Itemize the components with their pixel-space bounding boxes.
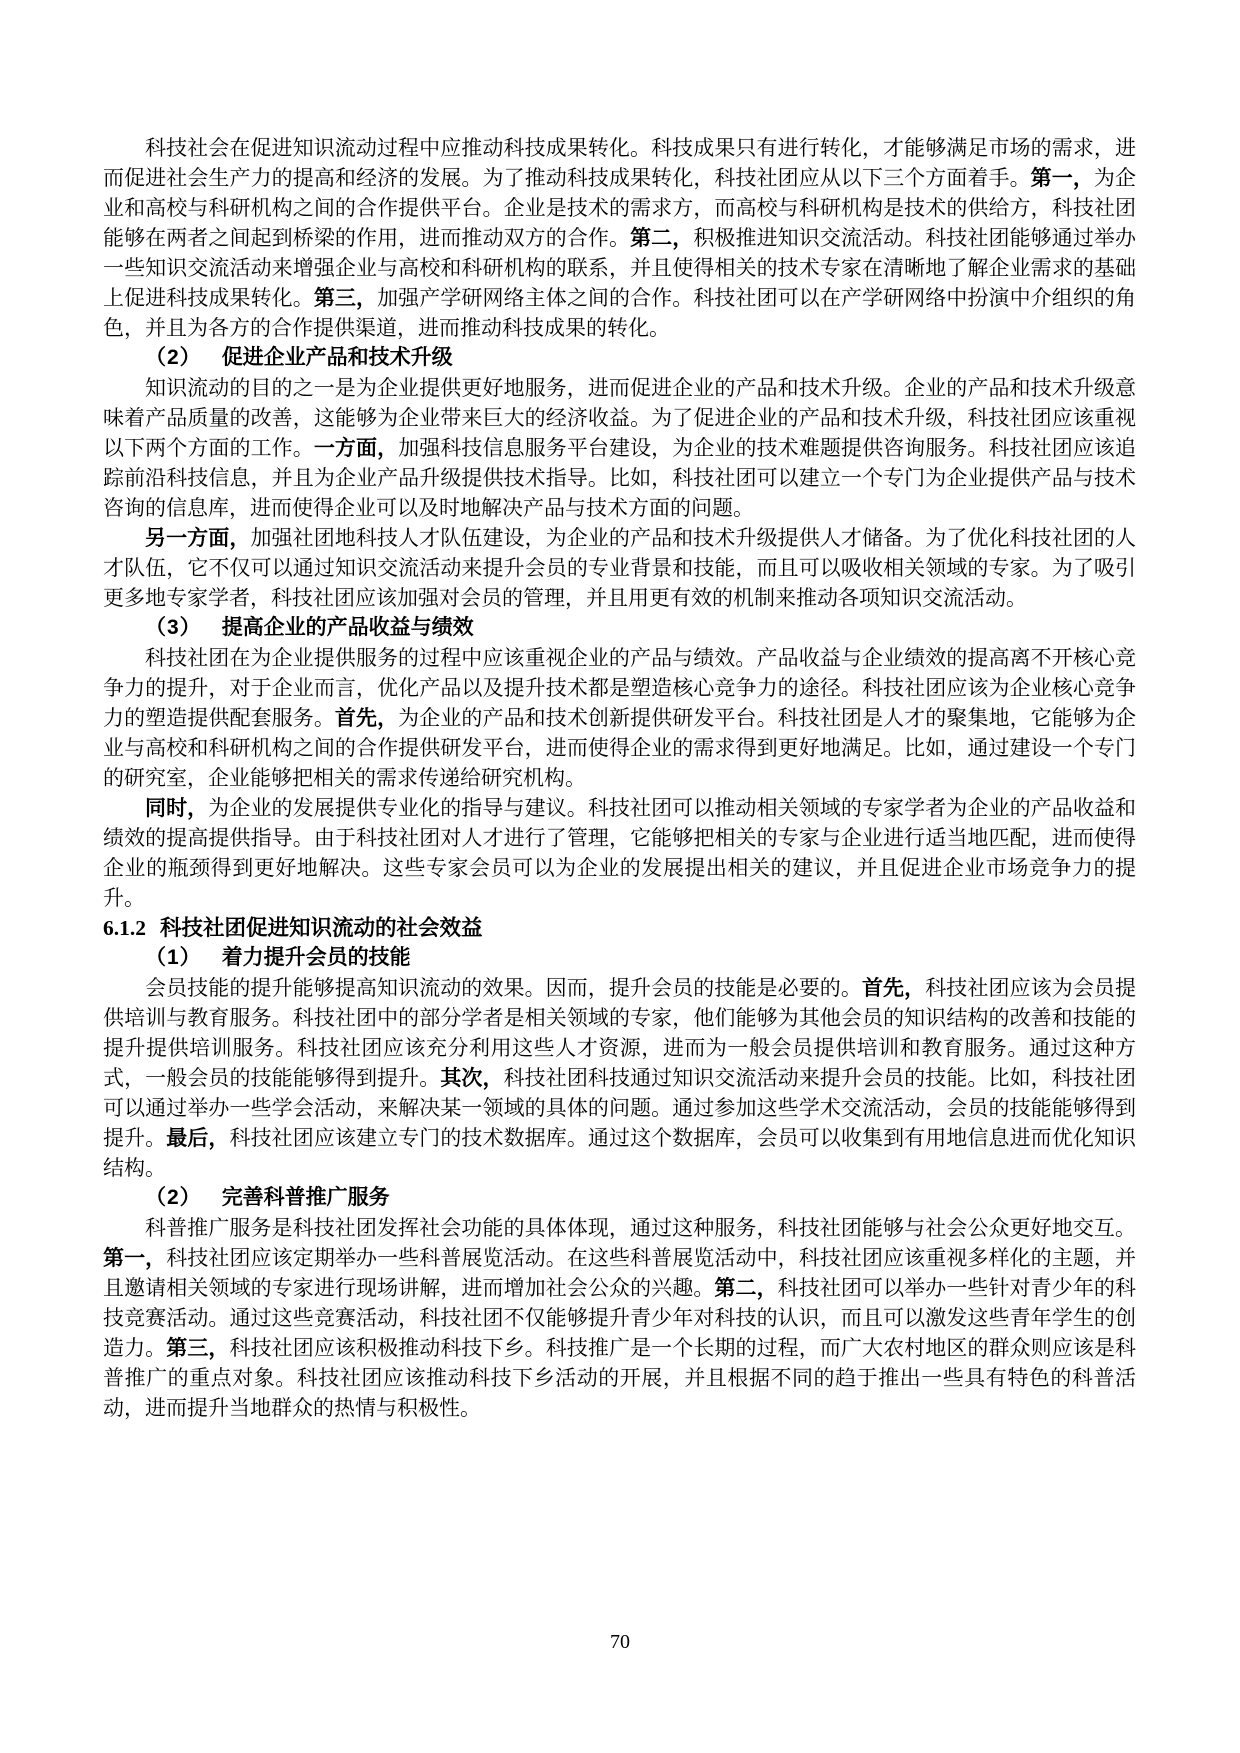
paragraph-competitiveness: 科技社团在为企业提供服务的过程中应该重视企业的产品与绩效。产品收益与企业绩效的提… [103,643,1136,793]
subsection-heading-science-popularization: （2）完善科普推广服务 [103,1183,1136,1213]
section-heading-6-1-2: 6.1.2科技社团促进知识流动的社会效益 [103,913,1136,943]
heading-number: （3） [145,616,202,639]
text-run: 会员技能的提升能够提高知识流动的效果。因而，提升会员的技能是必要的。 [145,976,862,1000]
text-run: 加强社团地科技人才队伍建设，为企业的产品和技术升级提供人才储备。为了优化科技社团… [103,526,1136,610]
heading-title: 着力提升会员的技能 [222,946,411,969]
emphasis-run: 第一， [103,1246,166,1270]
emphasis-run: 最后， [166,1126,229,1150]
paragraph-science-outreach: 科普推广服务是科技社团发挥社会功能的具体体现，通过这种服务，科技社团能够与社会公… [103,1213,1136,1423]
emphasis-run: 同时， [145,796,208,820]
subsection-heading-member-skill: （1）着力提升会员的技能 [103,943,1136,973]
paragraph-professional-guidance: 同时，为企业的发展提供专业化的指导与建议。科技社团可以推动相关领域的专家学者为企… [103,793,1136,913]
heading-number: （1） [145,946,202,969]
paragraph-knowledge-flow-service: 知识流动的目的之一是为企业提供更好地服务，进而促进企业的产品和技术升级。企业的产… [103,373,1136,523]
emphasis-run: 首先， [862,976,925,1000]
paragraph-member-training: 会员技能的提升能够提高知识流动的效果。因而，提升会员的技能是必要的。首先，科技社… [103,973,1136,1183]
emphasis-run: 第二， [630,226,693,250]
text-run: 科技社会在促进知识流动过程中应推动科技成果转化。科技成果只有进行转化，才能够满足… [103,136,1136,190]
heading-number: （2） [145,346,202,369]
text-run: 为企业的发展提供专业化的指导与建议。科技社团可以推动相关领域的专家学者为企业的产… [103,796,1136,910]
emphasis-run: 其次， [440,1066,503,1090]
section-number: 6.1.2 [103,916,146,940]
subsection-heading-product-upgrade: （2）促进企业产品和技术升级 [103,343,1136,373]
emphasis-run: 第三， [314,286,377,310]
emphasis-run: 一方面， [314,436,398,460]
heading-title: 提高企业的产品收益与绩效 [222,616,474,639]
emphasis-run: 另一方面， [145,526,250,550]
emphasis-run: 首先， [335,706,398,730]
paragraph-transformation: 科技社会在促进知识流动过程中应推动科技成果转化。科技成果只有进行转化，才能够满足… [103,133,1136,343]
emphasis-run: 第二， [714,1276,777,1300]
emphasis-run: 第一， [1031,166,1094,190]
paragraph-talent-team: 另一方面，加强社团地科技人才队伍建设，为企业的产品和技术升级提供人才储备。为了优… [103,523,1136,613]
emphasis-run: 第三， [166,1336,229,1360]
subsection-heading-revenue-performance: （3）提高企业的产品收益与绩效 [103,613,1136,643]
heading-title: 促进企业产品和技术升级 [222,346,453,369]
page-content: 科技社会在促进知识流动过程中应推动科技成果转化。科技成果只有进行转化，才能够满足… [103,133,1136,1423]
text-run: 科技社团应该建立专门的技术数据库。通过这个数据库，会员可以收集到有用地信息进而优… [103,1126,1136,1180]
section-title: 科技社团促进知识流动的社会效益 [160,916,483,940]
text-run: 科技社团应该积极推动科技下乡。科技推广是一个长期的过程，而广大农村地区的群众则应… [103,1336,1136,1420]
document-page: 科技社会在促进知识流动过程中应推动科技成果转化。科技成果只有进行转化，才能够满足… [0,0,1240,1753]
text-run: 科普推广服务是科技社团发挥社会功能的具体体现，通过这种服务，科技社团能够与社会公… [145,1216,1136,1240]
heading-number: （2） [145,1186,202,1209]
heading-title: 完善科普推广服务 [222,1186,390,1209]
page-number: 70 [0,1630,1240,1654]
